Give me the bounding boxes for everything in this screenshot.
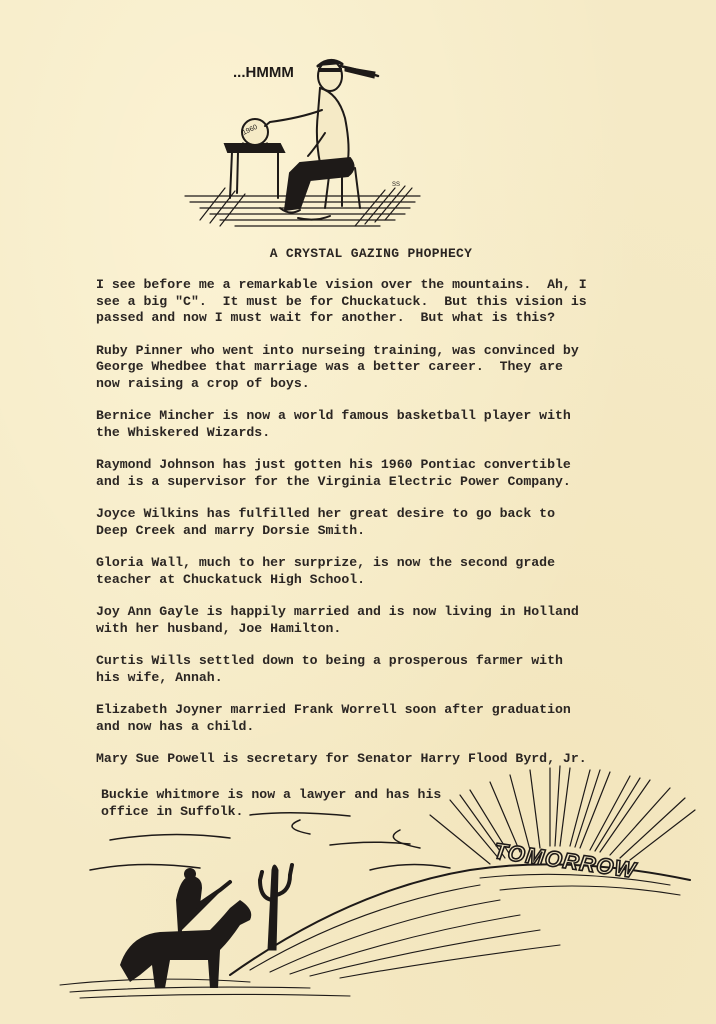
paragraph-curtis-wills: Curtis Wills settled down to being a pro… [96, 653, 636, 686]
page-title: A CRYSTAL GAZING PHOPHECY [0, 246, 716, 261]
svg-text:SS: SS [392, 182, 400, 188]
paragraph-buckie-whitmore: Buckie whitmore is now a lawyer and has … [101, 787, 481, 820]
document-page: 1960 SS ...HMMM A CRYSTAL GAZING P [0, 0, 716, 1024]
paragraph-bernice-mincher: Bernice Mincher is now a world famous ba… [96, 408, 636, 441]
paragraph-intro: I see before me a remarkable vision over… [96, 277, 636, 327]
paragraph-ruby-pinner: Ruby Pinner who went into nurseing train… [96, 343, 636, 393]
paragraph-joy-ann-gayle: Joy Ann Gayle is happily married and is … [96, 604, 636, 637]
crystal-gazer-illustration: 1960 SS [180, 48, 430, 238]
prophecy-body: I see before me a remarkable vision over… [96, 277, 636, 784]
hmmm-caption: ...HMMM [233, 64, 294, 81]
paragraph-raymond-johnson: Raymond Johnson has just gotten his 1960… [96, 457, 636, 490]
paragraph-gloria-wall: Gloria Wall, much to her surprize, is no… [96, 555, 636, 588]
paragraph-elizabeth-joyner: Elizabeth Joyner married Frank Worrell s… [96, 702, 636, 735]
paragraph-joyce-wilkins: Joyce Wilkins has fulfilled her great de… [96, 506, 636, 539]
